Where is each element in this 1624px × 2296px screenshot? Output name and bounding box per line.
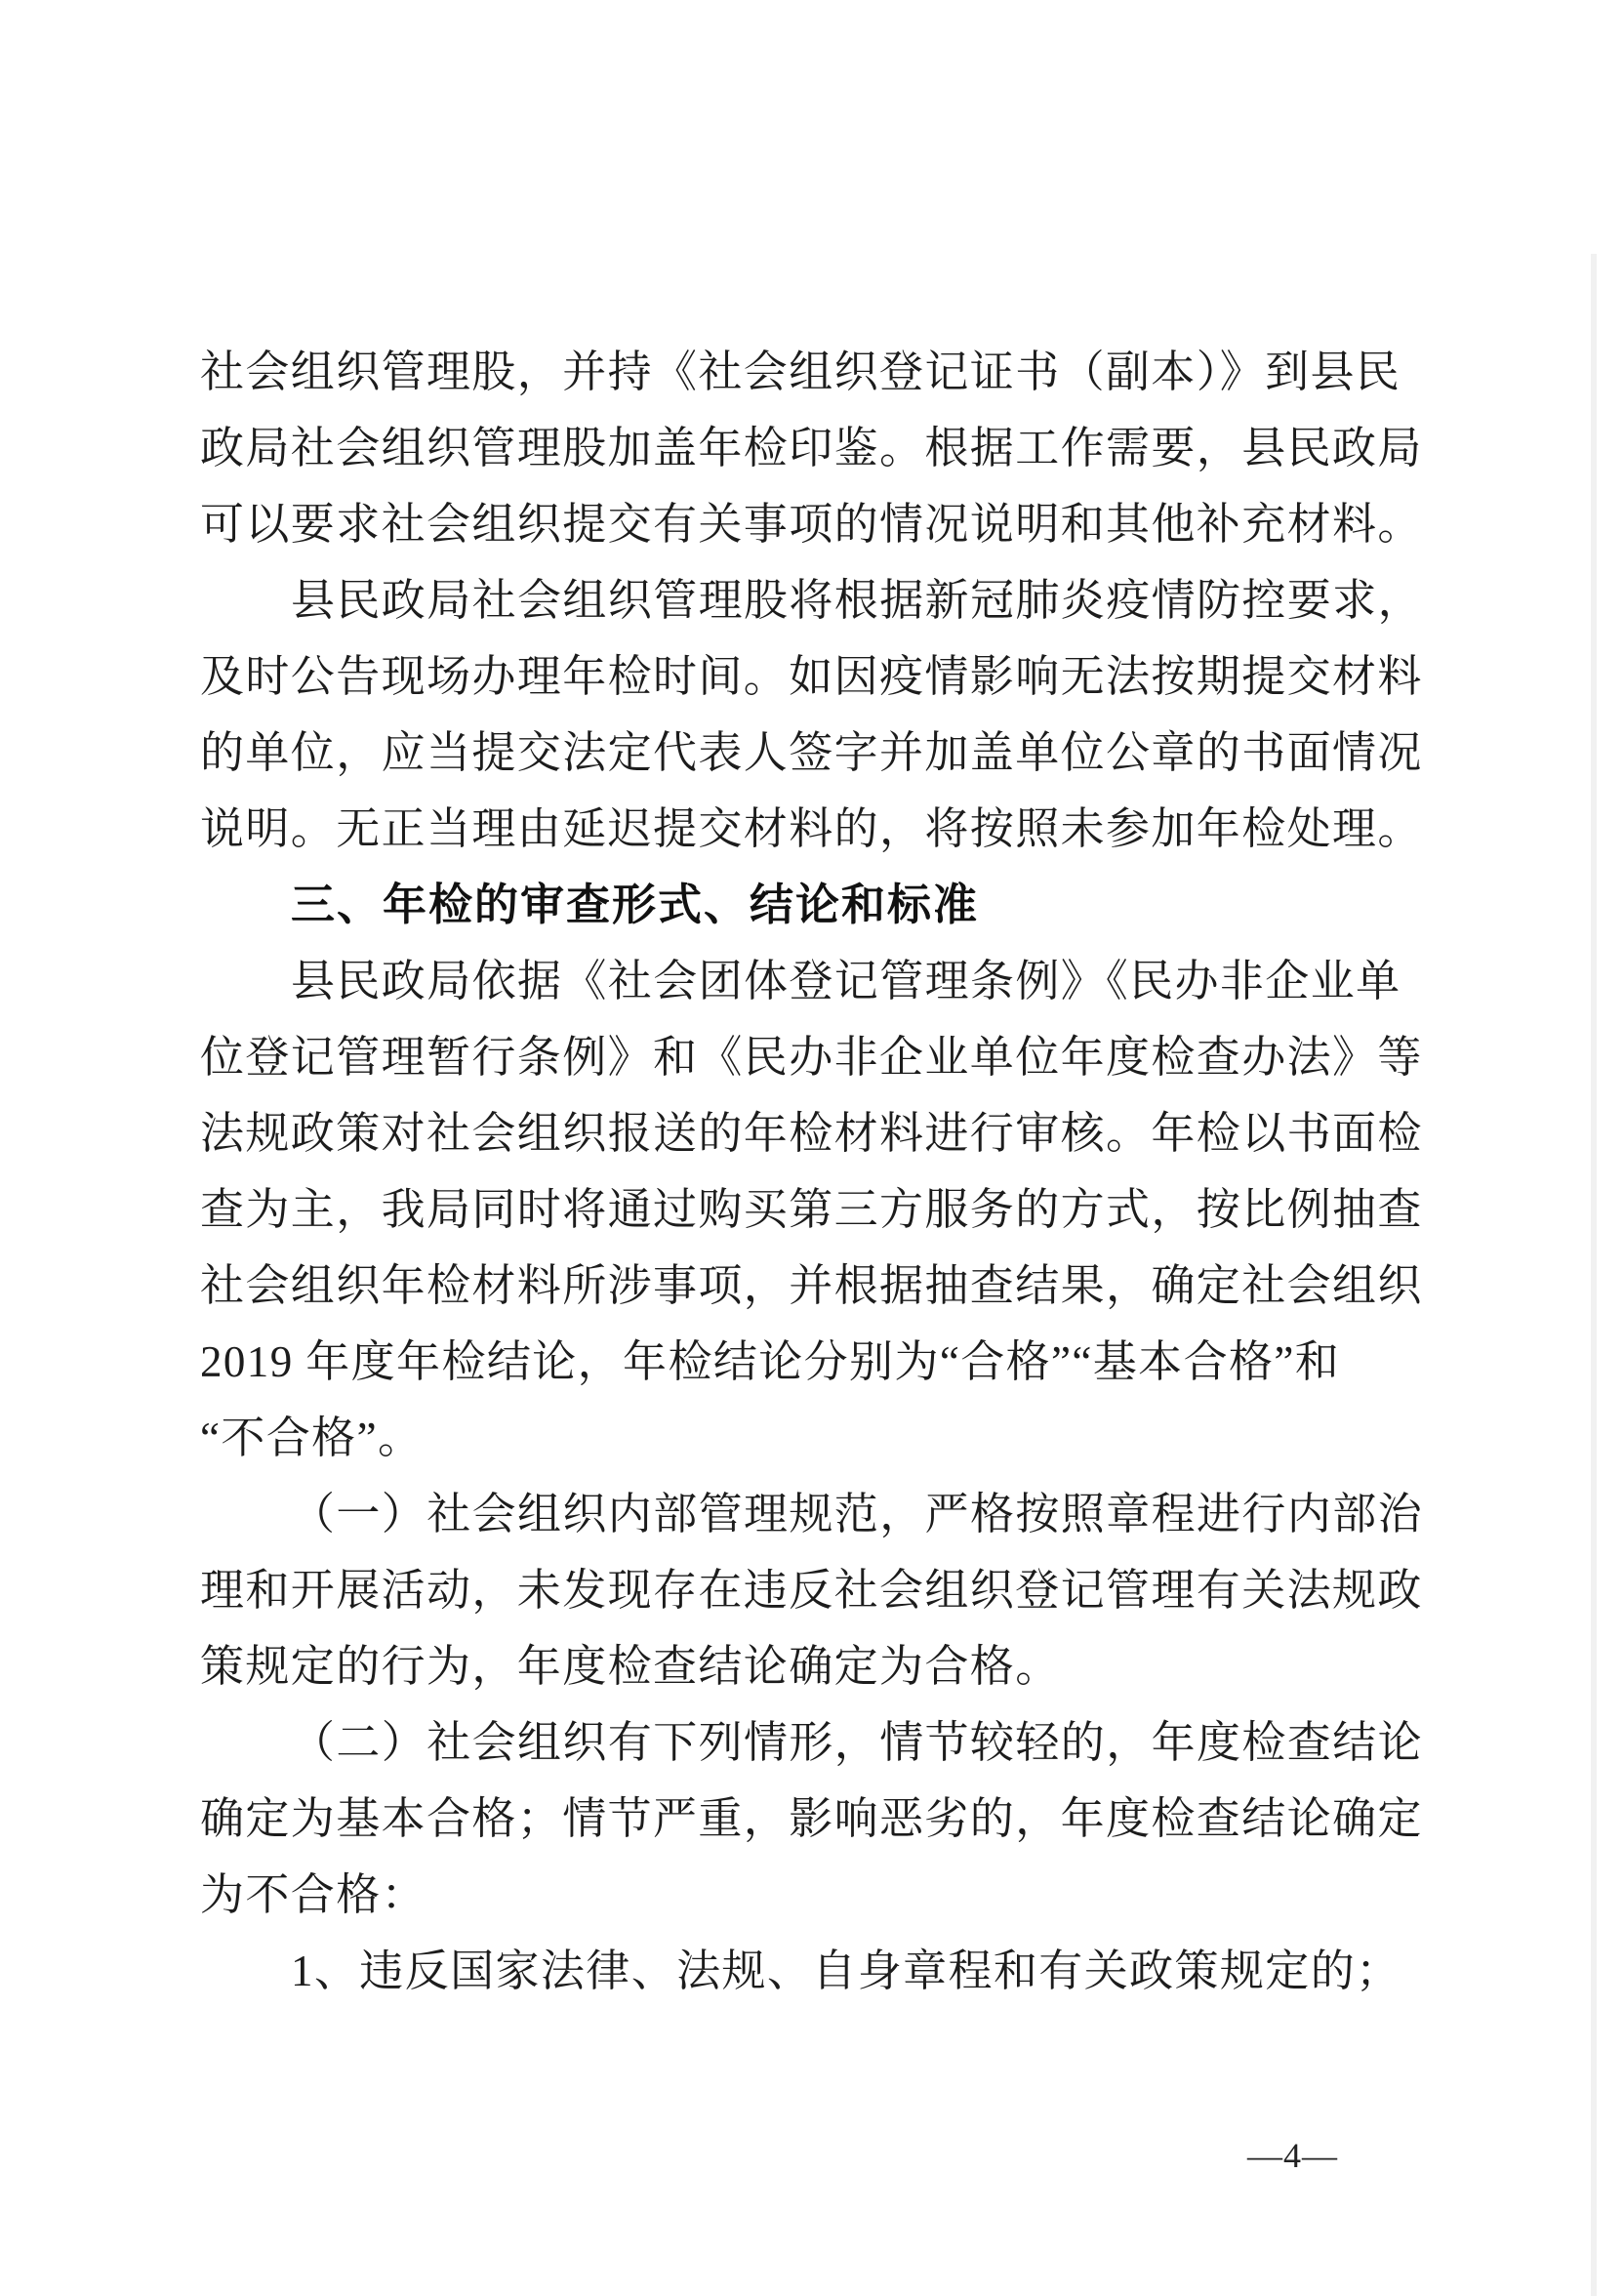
text-line: 确定为基本合格；情节严重，影响恶劣的，年度检查结论确定: [200, 1781, 1469, 1857]
text-line: 及时公告现场办理年检时间。如因疫情影响无法按期提交材料: [200, 638, 1469, 715]
text-line: （一）社会组织内部管理规范，严格按照章程进行内部治: [200, 1476, 1469, 1552]
text-line: 县民政局依据《社会团体登记管理条例》《民办非企业单: [200, 943, 1469, 1019]
text-line: 县民政局社会组织管理股将根据新冠肺炎疫情防控要求，: [200, 562, 1469, 638]
text-line: 可以要求社会组织提交有关事项的情况说明和其他补充材料。: [200, 486, 1469, 562]
text-line: 查为主，我局同时将通过购买第三方服务的方式，按比例抽查: [200, 1171, 1469, 1248]
page-number: —4—: [1247, 2136, 1338, 2175]
text-line: 策规定的行为，年度检查结论确定为合格。: [200, 1628, 1469, 1704]
text-line: 2019 年度年检结论，年检结论分别为“合格”“基本合格”和: [200, 1324, 1469, 1400]
text-line: 1、违反国家法律、法规、自身章程和有关政策规定的；: [200, 1933, 1469, 2009]
text-line: 法规政策对社会组织报送的年检材料进行审核。年检以书面检: [200, 1095, 1469, 1171]
text-line: “不合格”。: [200, 1400, 1469, 1476]
text-line: 为不合格：: [200, 1857, 1469, 1933]
document-page: 社会组织管理股，并持《社会组织登记证书（副本）》到县民政局社会组织管理股加盖年检…: [0, 0, 1624, 2296]
document-body: 社会组织管理股，并持《社会组织登记证书（副本）》到县民政局社会组织管理股加盖年检…: [200, 334, 1469, 2009]
text-line: 政局社会组织管理股加盖年检印鉴。根据工作需要，县民政局: [200, 410, 1469, 486]
text-line: 社会组织管理股，并持《社会组织登记证书（副本）》到县民: [200, 334, 1469, 410]
text-line: 社会组织年检材料所涉事项，并根据抽查结果，确定社会组织: [200, 1248, 1469, 1324]
text-line: 说明。无正当理由延迟提交材料的，将按照未参加年检处理。: [200, 791, 1469, 867]
text-line: 的单位，应当提交法定代表人签字并加盖单位公章的书面情况: [200, 715, 1469, 791]
text-line: 理和开展活动，未发现存在违反社会组织登记管理有关法规政: [200, 1552, 1469, 1628]
section-heading: 三、年检的审查形式、结论和标准: [200, 867, 1469, 943]
text-line: （二）社会组织有下列情形，情节较轻的，年度检查结论: [200, 1704, 1469, 1781]
scan-artifact-line: [1591, 254, 1597, 2296]
text-line: 位登记管理暂行条例》和《民办非企业单位年度检查办法》等: [200, 1019, 1469, 1095]
